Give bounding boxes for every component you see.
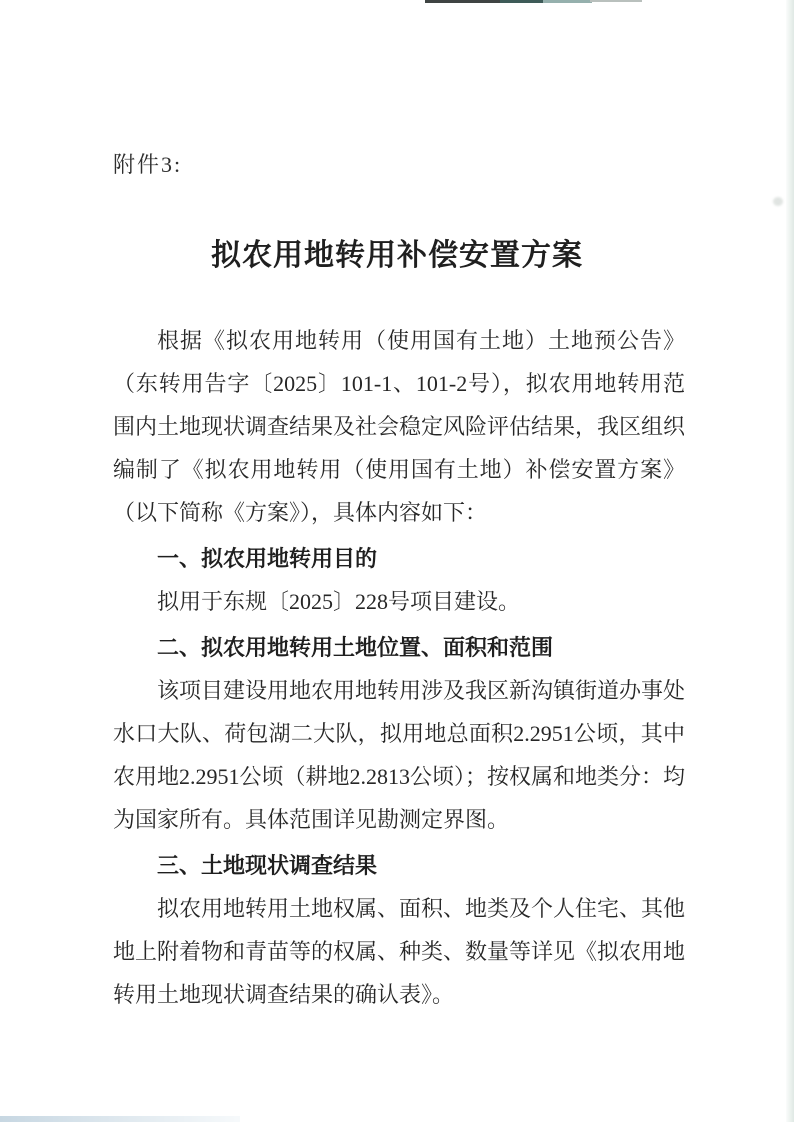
section-1-paragraph: 拟用于东规〔2025〕228号项目建设。 bbox=[113, 580, 685, 623]
scan-artifact-top-strip-teal bbox=[500, 0, 592, 3]
scan-artifact-smudge bbox=[773, 197, 783, 206]
scan-artifact-right-edge bbox=[786, 0, 794, 1122]
scanned-document-page: 附件3: 拟农用地转用补偿安置方案 根据《拟农用地转用（使用国有土地）土地预公告… bbox=[0, 0, 794, 1122]
section-2-paragraph: 该项目建设用地农用地转用涉及我区新沟镇街道办事处水口大队、荷包湖二大队，拟用地总… bbox=[113, 669, 685, 841]
scan-artifact-bottom-left-strip bbox=[0, 1116, 240, 1122]
document-title: 拟农用地转用补偿安置方案 bbox=[0, 230, 794, 274]
section-heading-1: 一、拟农用地转用目的 bbox=[113, 537, 685, 580]
intro-paragraph: 根据《拟农用地转用（使用国有土地）土地预公告》（东转用告字〔2025〕101-1… bbox=[113, 319, 685, 534]
section-3-paragraph: 拟农用地转用土地权属、面积、地类及个人住宅、其他地上附着物和青苗等的权属、种类、… bbox=[113, 887, 685, 1016]
scan-artifact-top-strip bbox=[425, 0, 543, 3]
document-body: 根据《拟农用地转用（使用国有土地）土地预公告》（东转用告字〔2025〕101-1… bbox=[113, 319, 685, 1016]
section-heading-3: 三、土地现状调查结果 bbox=[113, 844, 685, 887]
scan-artifact-top-strip-fade bbox=[590, 0, 642, 2]
section-heading-2: 二、拟农用地转用土地位置、面积和范围 bbox=[113, 626, 685, 669]
attachment-label: 附件3: bbox=[113, 148, 182, 179]
